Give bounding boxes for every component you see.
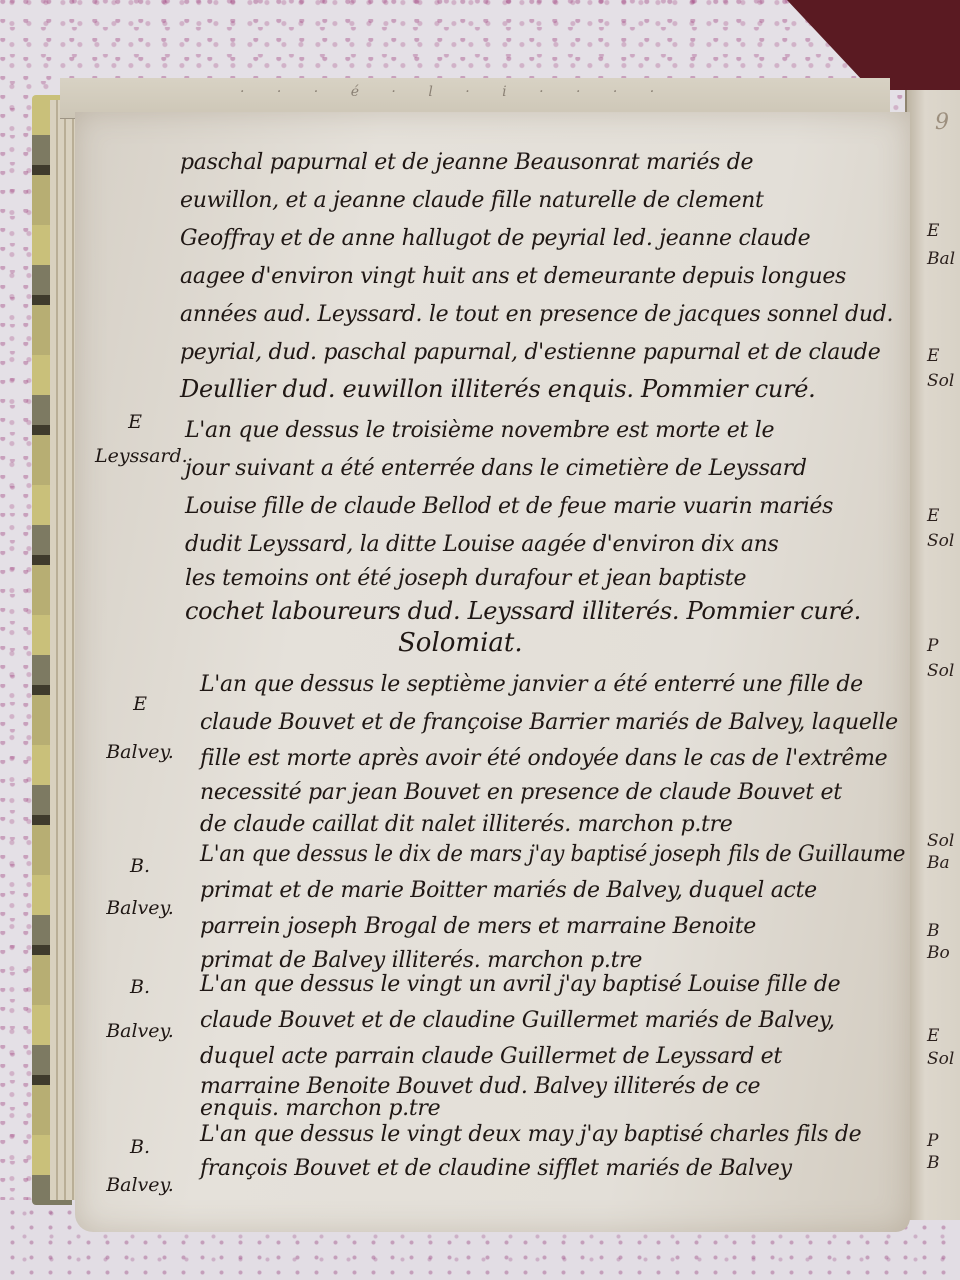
text-line: euwillon, et a jeanne claude fille natur…: [180, 188, 764, 213]
facing-page: 9 E Bal E Sol E Sol P Sol Sol Ba B Bo E …: [905, 90, 960, 1220]
margin-record-type: E: [100, 680, 180, 728]
text-line: primat de Balvey illiterés. marchon p.tr…: [200, 948, 642, 973]
text-line: claude Bouvet et de claudine Guillermet …: [200, 1008, 835, 1033]
text-line: paschal papurnal et de jeanne Beausonrat…: [180, 150, 753, 175]
text-line: L'an que dessus le dix de mars j'ay bapt…: [200, 842, 905, 867]
text-line: enquis. marchon p.tre: [200, 1096, 440, 1121]
text-line: peyrial, dud. paschal papurnal, d'estien…: [180, 340, 880, 365]
facing-margin-note: Ba: [927, 852, 950, 874]
facing-margin-note: Sol: [927, 530, 954, 552]
text-line: L'an que dessus le septième janvier a ét…: [200, 672, 863, 697]
margin-record-type: B.: [100, 845, 180, 887]
text-line: fille est morte après avoir été ondoyée …: [200, 746, 887, 771]
text-line-signature: Deullier dud. euwillon illiterés enquis.…: [180, 375, 815, 403]
facing-margin-note: E: [927, 505, 939, 527]
text-line-signature: cochet laboureurs dud. Leyssard illiteré…: [185, 597, 861, 625]
text-line: années aud. Leyssard. le tout en presenc…: [180, 302, 893, 327]
facing-margin-note: Bal: [927, 248, 955, 270]
text-line: Geoffray et de anne hallugot de peyrial …: [180, 226, 810, 251]
text-line: parrein joseph Brogal de mers et marrain…: [200, 914, 756, 939]
facing-margin-note: E: [927, 345, 939, 367]
red-cloth-band: [690, 0, 960, 90]
text-line: de claude caillat dit nalet illiterés. m…: [200, 812, 733, 837]
facing-margin-note: Sol: [927, 370, 954, 392]
section-heading-parish: Solomiat.: [398, 628, 523, 658]
text-line: necessité par jean Bouvet en presence de…: [200, 780, 842, 805]
margin-record-type: E: [95, 405, 175, 439]
text-line: dudit Leyssard, la ditte Louise aagée d'…: [185, 532, 779, 557]
text-line: L'an que dessus le vingt un avril j'ay b…: [200, 972, 840, 997]
facing-margin-note: B: [927, 920, 940, 942]
text-line: duquel acte parrain claude Guillermet de…: [200, 1044, 782, 1069]
facing-margin-note: Sol: [927, 830, 954, 852]
facing-margin-note: Sol: [927, 660, 954, 682]
text-line: claude Bouvet et de françoise Barrier ma…: [200, 710, 898, 735]
facing-margin-note: B: [927, 1152, 940, 1174]
folio-number: 9: [935, 110, 949, 135]
text-line: aagee d'environ vingt huit ans et demeur…: [180, 264, 846, 289]
margin-place: Balvey.: [100, 1166, 180, 1204]
top-fold-text: · · · é · l · i · · · ·: [240, 84, 668, 100]
text-line: Louise fille de claude Bellod et de feue…: [185, 494, 833, 519]
margin-place: Balvey.: [100, 728, 180, 776]
text-line: jour suivant a été enterrée dans le cime…: [185, 456, 807, 481]
margin-place: Balvey.: [100, 887, 180, 929]
margin-place: Leyssard.: [95, 439, 175, 473]
text-line: L'an que dessus le troisième novembre es…: [185, 418, 774, 443]
facing-margin-note: Bo: [927, 942, 950, 964]
facing-margin-note: E: [927, 220, 939, 242]
text-line: primat et de marie Boitter mariés de Bal…: [200, 878, 817, 903]
text-line: les temoins ont été joseph durafour et j…: [185, 566, 746, 591]
facing-margin-note: P: [927, 635, 938, 657]
text-line: L'an que dessus le vingt deux may j'ay b…: [200, 1122, 861, 1147]
margin-place: Balvey.: [100, 1009, 180, 1053]
facing-margin-note: E: [927, 1025, 939, 1047]
text-line: françois Bouvet et de claudine sifflet m…: [200, 1156, 792, 1181]
facing-margin-note: Sol: [927, 1048, 954, 1070]
facing-margin-note: P: [927, 1130, 938, 1152]
margin-record-type: B.: [100, 965, 180, 1009]
margin-record-type: B.: [100, 1128, 180, 1166]
